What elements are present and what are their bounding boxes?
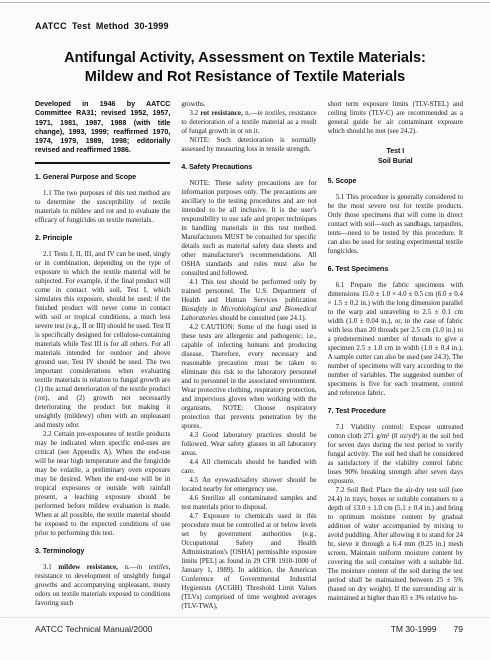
column-1: Developed in 1946 by AATCC Committee RA3… <box>35 100 170 611</box>
method-label: AATCC Test Method 30-1999 <box>35 21 169 31</box>
body-paragraph: 4.6 Sterilize all contaminated samples a… <box>181 494 316 512</box>
body-paragraph: 2.1 Tests I, II, III, and IV can be used… <box>35 250 170 430</box>
footer-method-label: TM 30-1999 <box>391 624 437 634</box>
footer-right-group: TM 30-1999 79 <box>391 624 463 634</box>
text-columns: Developed in 1946 by AATCC Committee RA3… <box>35 100 463 611</box>
body-paragraph: NOTE: Such deterioration is normally ass… <box>181 136 316 154</box>
body-paragraph: 3.2 rot resistance, n.—in textiles, resi… <box>181 109 316 136</box>
body-paragraph: 2.2 Certain pre-exposures of textile pro… <box>35 430 170 538</box>
section-heading: 3. Terminology <box>35 547 170 556</box>
footer-page-number: 79 <box>454 624 463 634</box>
scan-edge-line <box>0 2 490 3</box>
document-page: AATCC Test Method 30-1999 Antifungal Act… <box>0 0 490 660</box>
page-title-line1: Antifungal Activity, Assessment on Texti… <box>0 49 490 68</box>
history-note: Developed in 1946 by AATCC Committee RA3… <box>35 100 170 156</box>
body-paragraph: 4.5 An eyewash/safety shower should be l… <box>181 476 316 494</box>
page-footer: AATCC Technical Manual/2000 TM 30-1999 7… <box>35 624 463 634</box>
body-paragraph: 5.1 This procedure is generally consider… <box>328 193 463 256</box>
column-2: growths.3.2 rot resistance, n.—in textil… <box>181 100 316 611</box>
footer-manual-label: AATCC Technical Manual/2000 <box>35 624 152 634</box>
body-paragraph: 4.3 Good laboratory practices should be … <box>181 431 316 458</box>
section-heading: 1. General Purpose and Scope <box>35 173 170 182</box>
body-paragraph: 4.4 All chemicals should be handled with… <box>181 458 316 476</box>
section-heading: 4. Safety Precautions <box>181 163 316 172</box>
body-paragraph: short term exposure limits (TLV-STEL) an… <box>328 100 463 136</box>
test-section-heading: Test ISoil Burial <box>328 147 463 166</box>
body-paragraph: 7.2 Soil Bed: Place the air-dry test soi… <box>328 486 463 603</box>
section-divider-rule <box>35 162 170 164</box>
section-heading: 6. Test Specimens <box>328 265 463 274</box>
body-paragraph: 4.7 Exposure to chemicals used in this p… <box>181 512 316 611</box>
section-heading: 7. Test Procedure <box>328 407 463 416</box>
body-paragraph: 1.1 The two purposes of this test method… <box>35 189 170 225</box>
page-title: Antifungal Activity, Assessment on Texti… <box>0 49 490 87</box>
section-heading: 5. Scope <box>328 177 463 186</box>
body-paragraph: growths. <box>181 100 316 109</box>
scan-noise-line <box>0 617 490 618</box>
body-paragraph: 4.2 CAUTION: Some of the fungi used in t… <box>181 323 316 431</box>
column-3: short term exposure limits (TLV-STEL) an… <box>328 100 463 611</box>
body-paragraph: 7.1 Viability control: Expose untreated … <box>328 423 463 486</box>
page-title-line2: Mildew and Rot Resistance of Textile Mat… <box>0 68 490 87</box>
body-paragraph: 4.1 This test should be performed only b… <box>181 278 316 323</box>
section-heading: 2. Principle <box>35 234 170 243</box>
body-paragraph: 3.1 mildew resistance, n.—in textiles, r… <box>35 563 170 608</box>
body-paragraph: NOTE: These safety precautions are for i… <box>181 179 316 278</box>
body-paragraph: 6.1 Prepare the fabric specimens with di… <box>328 281 463 398</box>
